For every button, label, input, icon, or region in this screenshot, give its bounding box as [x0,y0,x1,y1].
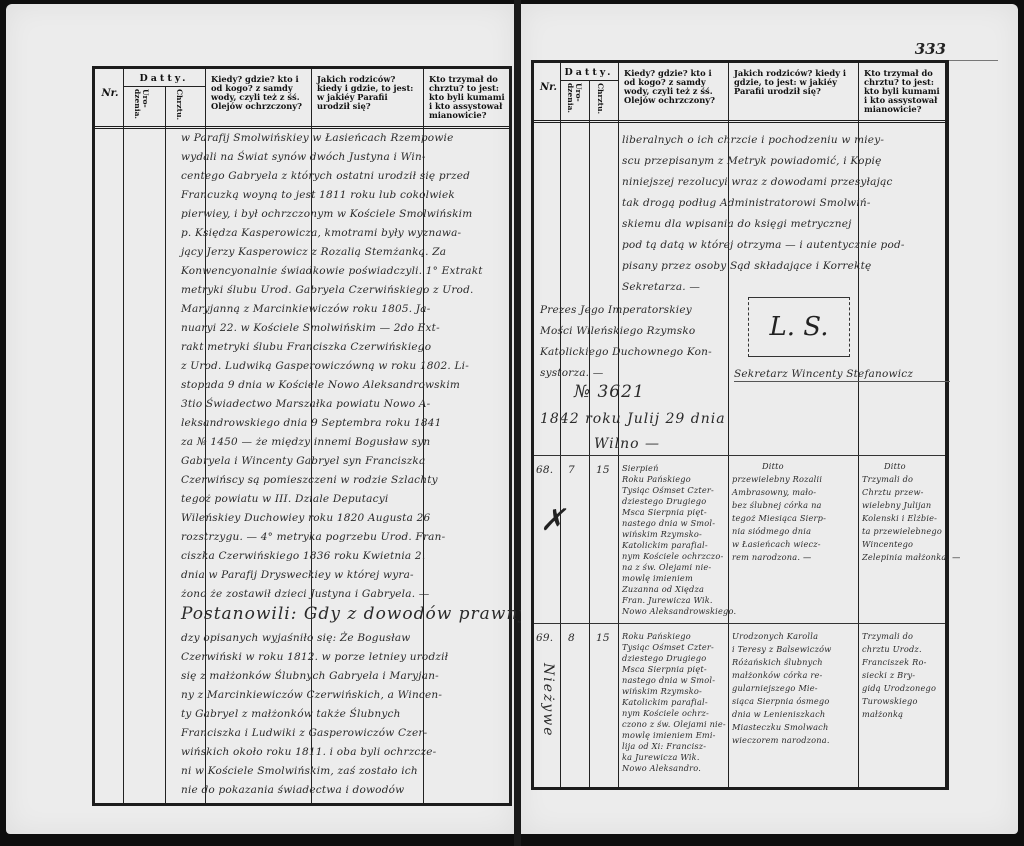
hand-line: wielebny Julijan [862,500,931,511]
register-table-right: Nr. Datty. Uro-dzenia. Chrztu. Kiedy? gd… [531,60,949,790]
hand-line: Chrztu przew- [862,487,924,498]
hand-line: Urodzonych Karolla [732,631,818,642]
hand-line: ciszka Czerwińskiego 1836 roku Kwietnia … [181,547,425,566]
seal-box: L. S. [748,297,850,357]
hand-line: metryki ślubu Urod. Gabryela Czerwińskie… [181,281,474,300]
header-urodzenia: Uro-dzenia. [133,89,149,126]
register-table-left: Nr. Datty. Uro-dzenia. Chrztu. Kiedy? gd… [92,66,512,806]
hand-line: rozstrzygu. — 4° metryka pogrzebu Urod. … [181,528,445,547]
header-nr: Nr. [534,63,560,120]
hand-line: dnia w Lenieniszkach [732,709,825,720]
hand-line: Prezes Jego Imperatorskiey [540,301,692,320]
hand-line: Wileńskiey Duchowiey roku 1820 Augusta 2… [181,509,430,528]
hand-line: ny z Marcinkiewiczów Czerwińskich, a Win… [181,686,442,705]
column-divider [123,69,124,803]
hand-line: Katolickiego Duchownego Kon- [540,343,712,362]
hand-line: Francuzką woyną to jest 1811 roku lub co… [181,186,455,205]
hand-line: Ambrasowny, mało- [732,487,816,498]
hand-line: systorza. — [540,364,603,383]
hand-line: wydali na Świat synów dwóch Justyna i Wi… [181,148,426,167]
header-chrztu: Chrztu. [175,89,183,120]
hand-line: Zuzanna od Xiędza [622,584,704,595]
hand-line: żono że zostawił dzieci Justyna i Gabrye… [181,585,429,604]
hand-line: scu przepisanym z Metryk powiadomić, i K… [622,152,882,171]
page-number: 333 [915,40,946,58]
hand-line: skiemu dla wpisania do księgi metrycznej [622,215,852,234]
hand-line: Turowskiego [862,696,918,707]
hand-line: nia siódmego dnia [732,526,811,537]
hand-line: ta przewielebnego [862,526,942,537]
reference-number: № 3621 [574,383,645,402]
hand-line: leksandrowskiego dnia 9 Septembra roku 1… [181,414,442,433]
hand-line: Nowo Aleksandrowskiego. [622,606,736,617]
hand-line: Franciszka i Ludwiki z Gasperowiczów Cze… [181,724,427,743]
header-rodzicow: Jakich rodziców? kiedy i gdzie, to jest:… [728,63,858,120]
entry-birth-day: 8 [568,629,575,648]
hand-line: niniejszej rezolucyi wraz z dowodami prz… [622,173,893,192]
hand-line: siecki z Bry- [862,670,915,681]
hand-line: centego Gabryela z których ostatni urodz… [181,167,470,186]
header-datty: Datty. [123,73,205,84]
hand-line: nie do pokazania świadectwa i dowodów [181,781,404,800]
row-divider [534,623,945,624]
column-divider [589,80,590,787]
hand-line: Sierpień [622,463,659,474]
header-kiedy: Kiedy? gdzie? kto i od kogo? z samdy wod… [205,69,311,126]
hand-line: Ditto [884,461,906,472]
hand-line: i Teresy z Balsewiczów [732,644,831,655]
hand-line: Miasteczku Smolwach [732,722,828,733]
hand-line: przewielebny Rozalii [732,474,822,485]
hand-line: rem narodzona. — [732,552,811,563]
header-chrztu: Chrztu. [596,83,604,114]
hand-line: Trzymali do [862,631,913,642]
hand-line: jący Jerzy Kasperowicz z Rozalią Stemżan… [181,243,446,262]
header-nr: Nr. [95,69,123,126]
header-urodzenia: Uro-dzenia. [566,83,582,120]
hand-line: Katolickim parafial- [622,697,708,708]
hand-line: dziestego Drugiego [622,653,706,664]
hand-line: z Urod. Ludwiką Gasperowiczówną w roku 1… [181,357,469,376]
signature-rule [734,381,950,382]
hand-line: chrztu Urodz. [862,644,922,655]
header-chrzestni: Kto trzymał do chrztu? to jest: kto byli… [858,63,944,120]
cross-mark: ✗ [540,503,565,538]
hand-line-postanowili: Postanowili: Gdy z dowodów prawnych [181,605,551,624]
header-kiedy: Kiedy? gdzie? kto i od kogo? z samdy wod… [618,63,728,120]
entry-nr: 68. [536,461,553,480]
hand-line: liberalnych o ich chrzcie i pochodzeniu … [622,131,884,150]
hand-line: Nowo Aleksandro. [622,763,701,774]
hand-line: mowlę imieniem [622,573,693,584]
hand-line: ni w Kościele Smolwińskim, zaś zostało i… [181,762,418,781]
table-header: Nr. Datty. Uro-dzenia. Chrztu. Kiedy? gd… [534,63,945,123]
hand-line: nuaryi 22. w Kościele Smolwińskim — 2do … [181,319,440,338]
hand-line: na z św. Olejami nie- [622,562,711,573]
date-line: 1842 roku Julij 29 dnia [540,410,726,429]
hand-line: stopada 9 dnia w Kościele Nowo Aleksandr… [181,376,460,395]
place: Wilno — [594,435,660,454]
hand-line: Roku Pańskiego [622,474,691,485]
header-rodzicow: Jakich rodziców? kiedy i gdzie, to jest:… [311,69,423,126]
hand-line: Gabryela i Wincenty Gabryel syn Francisz… [181,452,425,471]
hand-line: nastego dnia w Smol- [622,675,715,686]
hand-line: Fran. Jurewicza Wik. [622,595,713,606]
hand-line: gularniejszego Mie- [732,683,818,694]
hand-line: gidą Urodzonego [862,683,936,694]
hand-line: dziestego Drugiego [622,496,706,507]
hand-line: 3tio Świadectwo Marszałka powiatu Nowo A… [181,395,430,414]
hand-line: Różańskich ślubnych [732,657,823,668]
margin-note-niezywe: Nieżywe [540,663,556,738]
hand-line: wińskim Rzymsko- [622,686,702,697]
hand-line: Zelepinia małżonka. — [862,552,960,563]
hand-line: p. Księdza Kasperowicza, kmotrami były w… [181,224,461,243]
hand-line: Sekretarza. — [622,278,700,297]
hand-line: pisany przez osoby Sąd składające i Korr… [622,257,871,276]
hand-line: tegoż Miesiąca Sierp- [732,513,826,524]
hand-line: w Łasieńcach wiecz- [732,539,821,550]
hand-line: wińskim Rzymsko- [622,529,702,540]
hand-line: pod tą datą w której otrzyma — i autenty… [622,236,905,255]
hand-line: nym Kościele ochrzczo- [622,551,723,562]
column-divider [728,63,729,787]
hand-line: Tysiąc Ośmset Czter- [622,485,714,496]
hand-line: Trzymali do [862,474,913,485]
hand-line: Czerwińscy są pomieszczeni w rodzie Szla… [181,471,438,490]
hand-line: ty Gabryel z małżonków także Ślubnych [181,705,401,724]
header-datty: Datty. [560,67,618,78]
entry-baptism-day: 15 [596,629,610,648]
hand-line: nym Kościele ochrz- [622,708,709,719]
hand-line: Konwencyonalnie świadkowie poświadczyli.… [181,262,483,281]
hand-line: Tysiąc Ośmset Czter- [622,642,714,653]
hand-line: małżonką [862,709,903,720]
hand-line: Kolenski i Elżbie- [862,513,937,524]
hand-line: Maryjanną z Marcinkiewiczów roku 1805. J… [181,300,430,319]
hand-line: się z małżonków Ślubnych Gabryela i Mary… [181,667,439,686]
hand-line: rakt metryki ślubu Franciszka Czerwiński… [181,338,431,357]
hand-line: siąca Sierpnia ósmego [732,696,830,707]
right-page: 333 Nr. Datty. Uro-dzenia. Chrztu. Kiedy… [521,4,1018,834]
hand-line: tegoż powiatu w III. Dziale Deputacyi [181,490,388,509]
hand-line: Czerwiński w roku 1812. w porze letniey … [181,648,448,667]
hand-line: Roku Pańskiego [622,631,691,642]
hand-line: za № 1450 — że między innemi Bogusław sy… [181,433,430,452]
hand-line: tak drogą podług Administratorowi Smolwi… [622,194,871,213]
hand-line: Katolickim parafial- [622,540,708,551]
hand-line: Ditto [762,461,784,472]
hand-line: pierwiey, i był ochrzczonym w Kościele S… [181,205,472,224]
column-divider [858,63,859,787]
entry-baptism-day: 15 [596,461,610,480]
row-divider [534,455,945,456]
column-divider [165,86,166,803]
table-header: Nr. Datty. Uro-dzenia. Chrztu. Kiedy? gd… [95,69,509,129]
left-page: Nr. Datty. Uro-dzenia. Chrztu. Kiedy? gd… [6,4,514,834]
hand-line: wieczorem narodzona. [732,735,830,746]
hand-line: Franciszek Ro- [862,657,927,668]
entry-nr: 69. [536,629,553,648]
hand-line: Wincentego [862,539,913,550]
entry-birth-day: 7 [568,461,575,480]
hand-line: Msca Sierpnia pięt- [622,664,707,675]
hand-line: wińskich około roku 1811. i oba byli och… [181,743,436,762]
hand-line: w Parafij Smolwińskiey w Łasieńcach Rzem… [181,129,454,148]
hand-line: dnia w Parafij Drysweckiey w której wyra… [181,566,414,585]
hand-line: ka Jurewicza Wik. [622,752,700,763]
hand-line: dzy opisanych wyjaśniło się: Że Bogusław [181,629,411,648]
hand-line: lija od Xi: Francisz- [622,741,706,752]
hand-line: nastego dnia w Smol- [622,518,715,529]
hand-line: mowlę imieniem Emi- [622,730,716,741]
datty-divider [123,86,205,87]
hand-line: czono z św. Olejami nie- [622,719,726,730]
hand-line: bez ślubnej córka na [732,500,822,511]
header-chrzestni: Kto trzymał do chrztu? to jest: kto byli… [423,69,509,126]
hand-line: małżonków córka re- [732,670,823,681]
book-gutter [514,0,521,846]
hand-line: Msca Sierpnia pięt- [622,507,707,518]
hand-line: Mości Wileńskiego Rzymsko [540,322,695,341]
